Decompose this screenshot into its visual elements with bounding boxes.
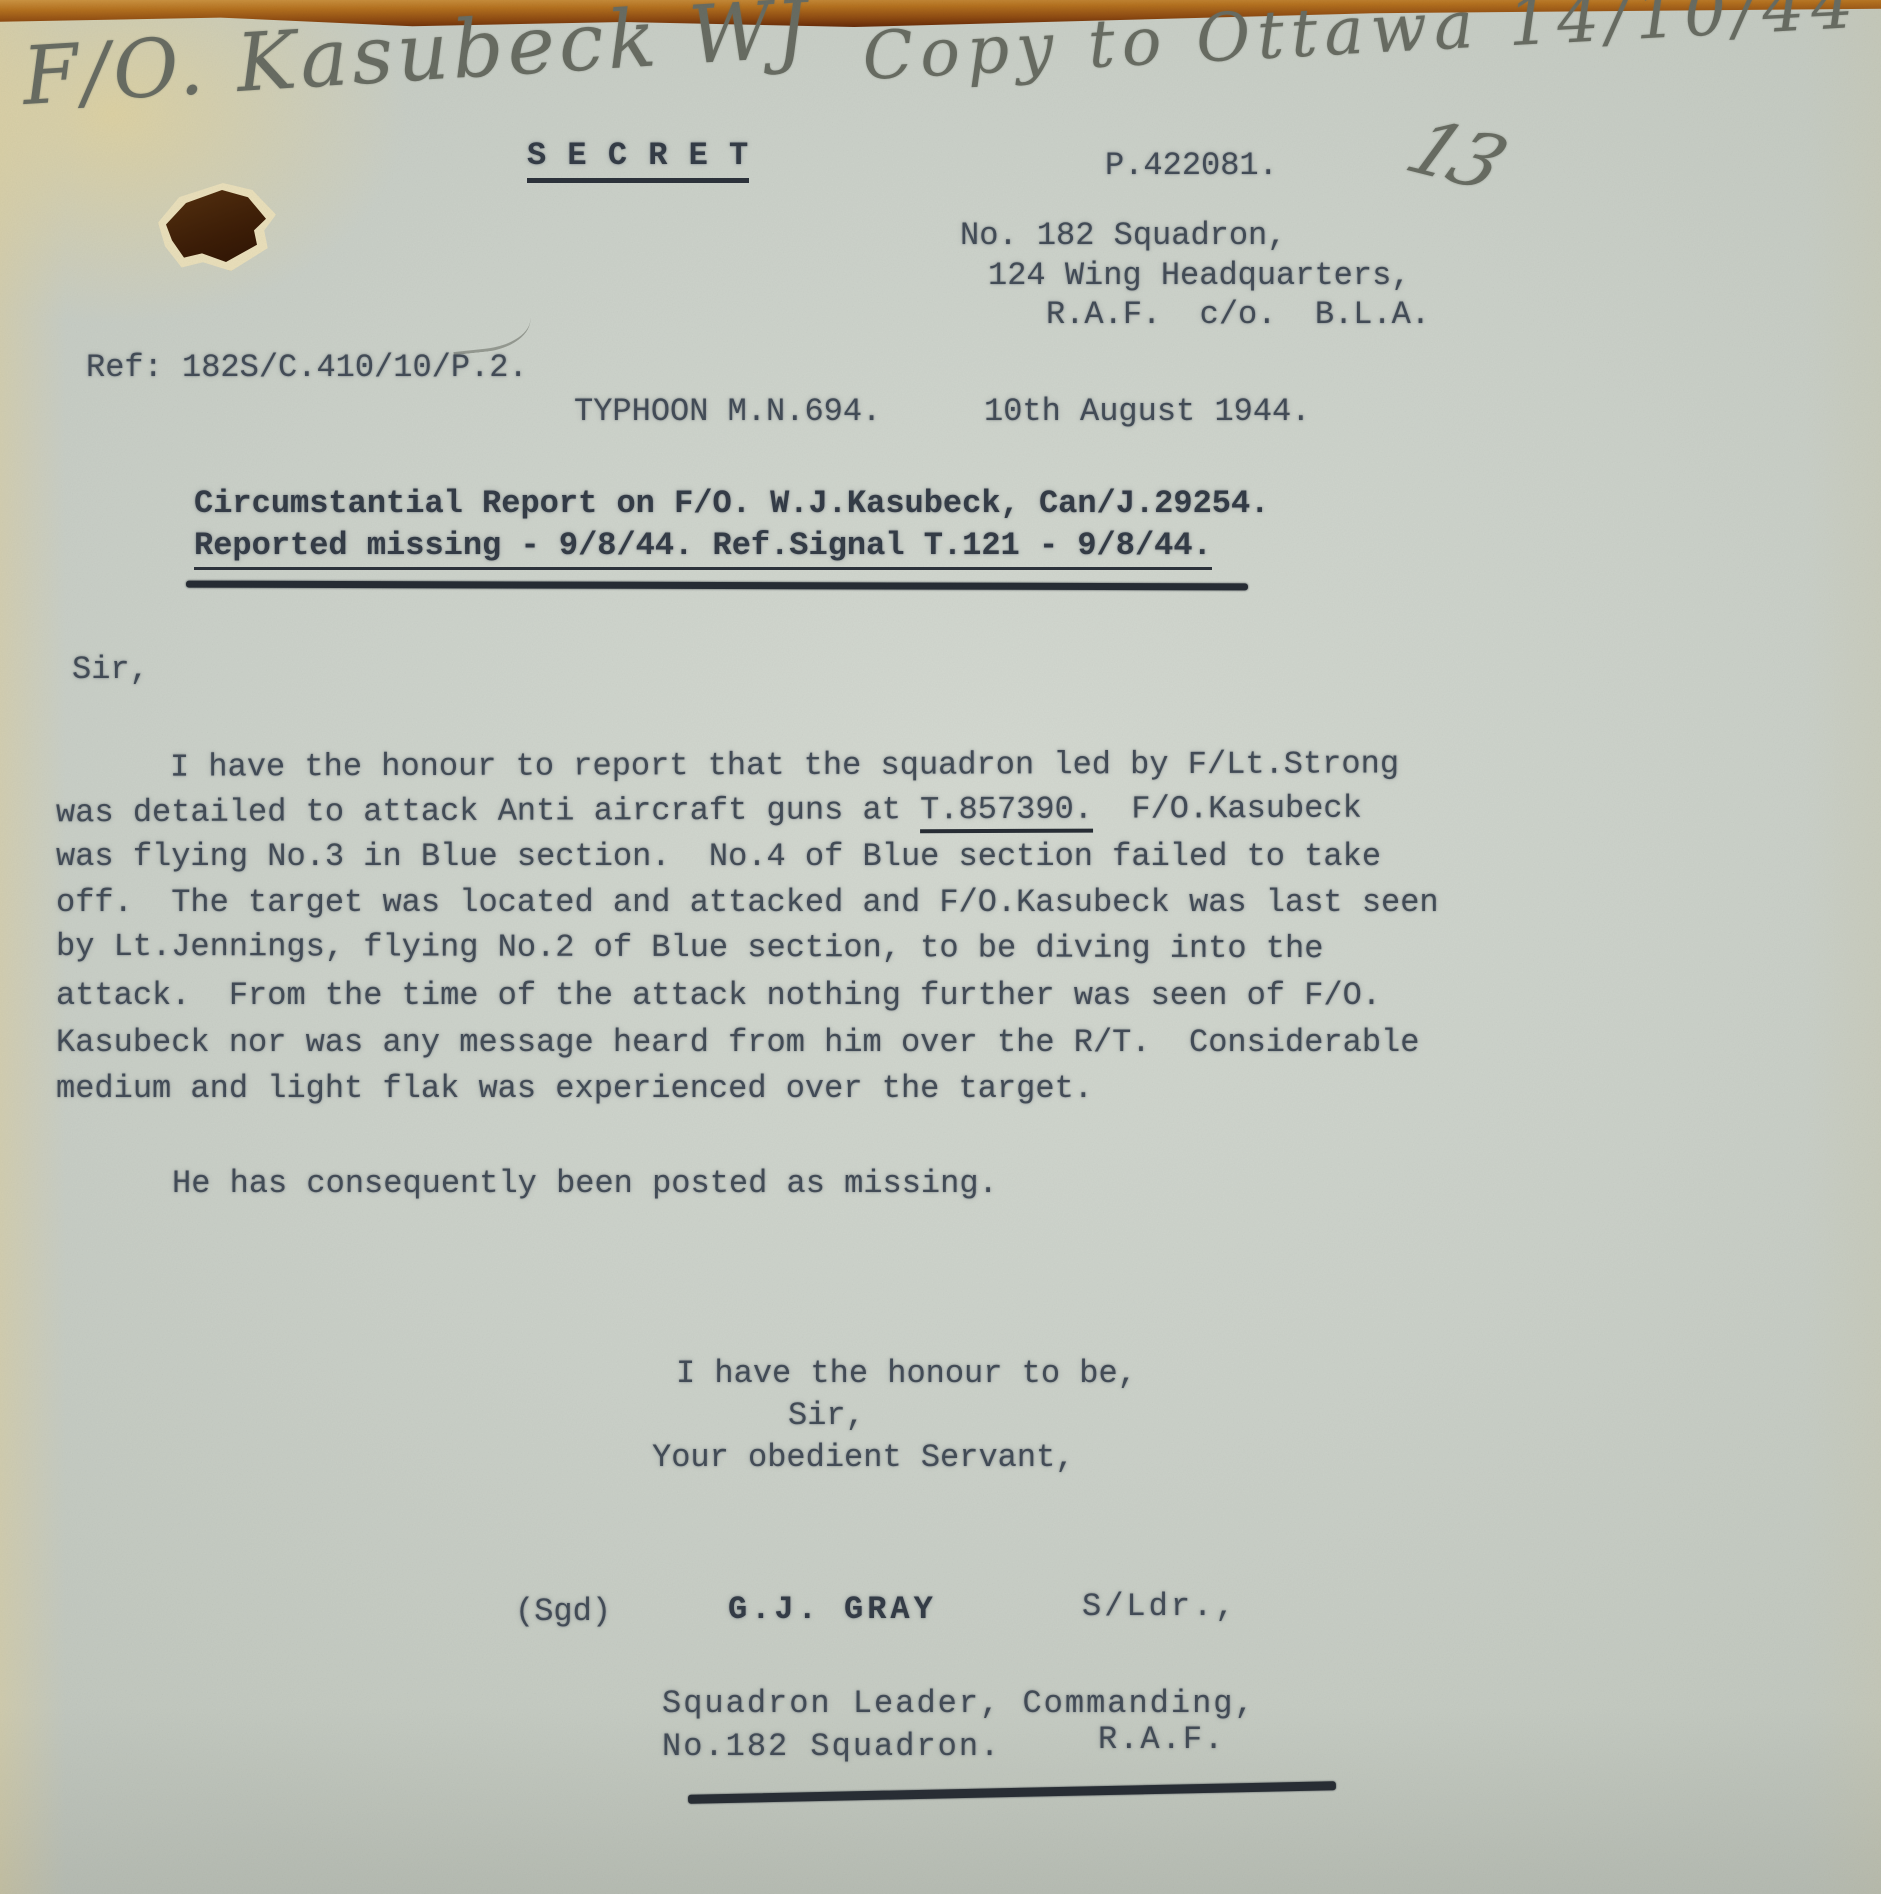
letter-date: 10th August 1944. (984, 394, 1310, 430)
body-line-4: off. The target was located and attacked… (56, 885, 1439, 921)
body-line-3: was flying No.3 in Blue section. No.4 of… (56, 839, 1381, 875)
aircraft-type: TYPHOON M.N.694. (574, 394, 881, 430)
classification-text: S E C R E T (527, 137, 749, 183)
closing-line-2: Sir, (788, 1398, 865, 1434)
reference-number: Ref: 182S/C.410/10/P.2. (86, 350, 528, 386)
salutation: Sir, (72, 652, 149, 688)
body-line-2: was detailed to attack Anti aircraft gun… (56, 791, 1362, 832)
body-paragraph-2: He has consequently been posted as missi… (172, 1166, 998, 1202)
signer-title-line-2: No.182 Squadron. (662, 1729, 1001, 1765)
body-line-1: I have the honour to report that the squ… (170, 746, 1399, 785)
body-line-5: by Lt.Jennings, flying No.2 of Blue sect… (56, 929, 1323, 967)
signature-name: G.J. GRAY (728, 1592, 937, 1628)
address-line-1: No. 182 Squadron, (960, 218, 1286, 254)
address-line-2: 124 Wing Headquarters, (988, 258, 1410, 294)
closing-line-3: Your obedient Servant, (652, 1440, 1074, 1476)
subject-line-1: Circumstantial Report on F/O. W.J.Kasube… (194, 486, 1269, 522)
signature-sgd: (Sgd) (515, 1594, 611, 1630)
signer-title-raf: R.A.F. (1098, 1722, 1225, 1758)
classification-stamp: S E C R E T (527, 138, 749, 174)
map-reference: T.857390. (920, 791, 1093, 834)
signer-title-line-1: Squadron Leader, Commanding, (662, 1686, 1256, 1722)
body-line-8: medium and light flak was experienced ov… (56, 1071, 1093, 1107)
subject-line-2: Reported missing - 9/8/44. Ref.Signal T.… (194, 528, 1212, 564)
closing-line-1: I have the honour to be, (676, 1356, 1137, 1392)
scanned-document-photo: F/O. Kasubeck WJ Copy to Ottawa 14/10/44… (0, 0, 1881, 1894)
signature-rank: S/Ldr., (1082, 1589, 1237, 1625)
file-number: P.422081. (1105, 148, 1278, 184)
body-line-7: Kasubeck nor was any message heard from … (56, 1025, 1419, 1061)
body-line-6: attack. From the time of the attack noth… (56, 978, 1381, 1014)
address-line-3: R.A.F. c/o. B.L.A. (1046, 297, 1430, 333)
